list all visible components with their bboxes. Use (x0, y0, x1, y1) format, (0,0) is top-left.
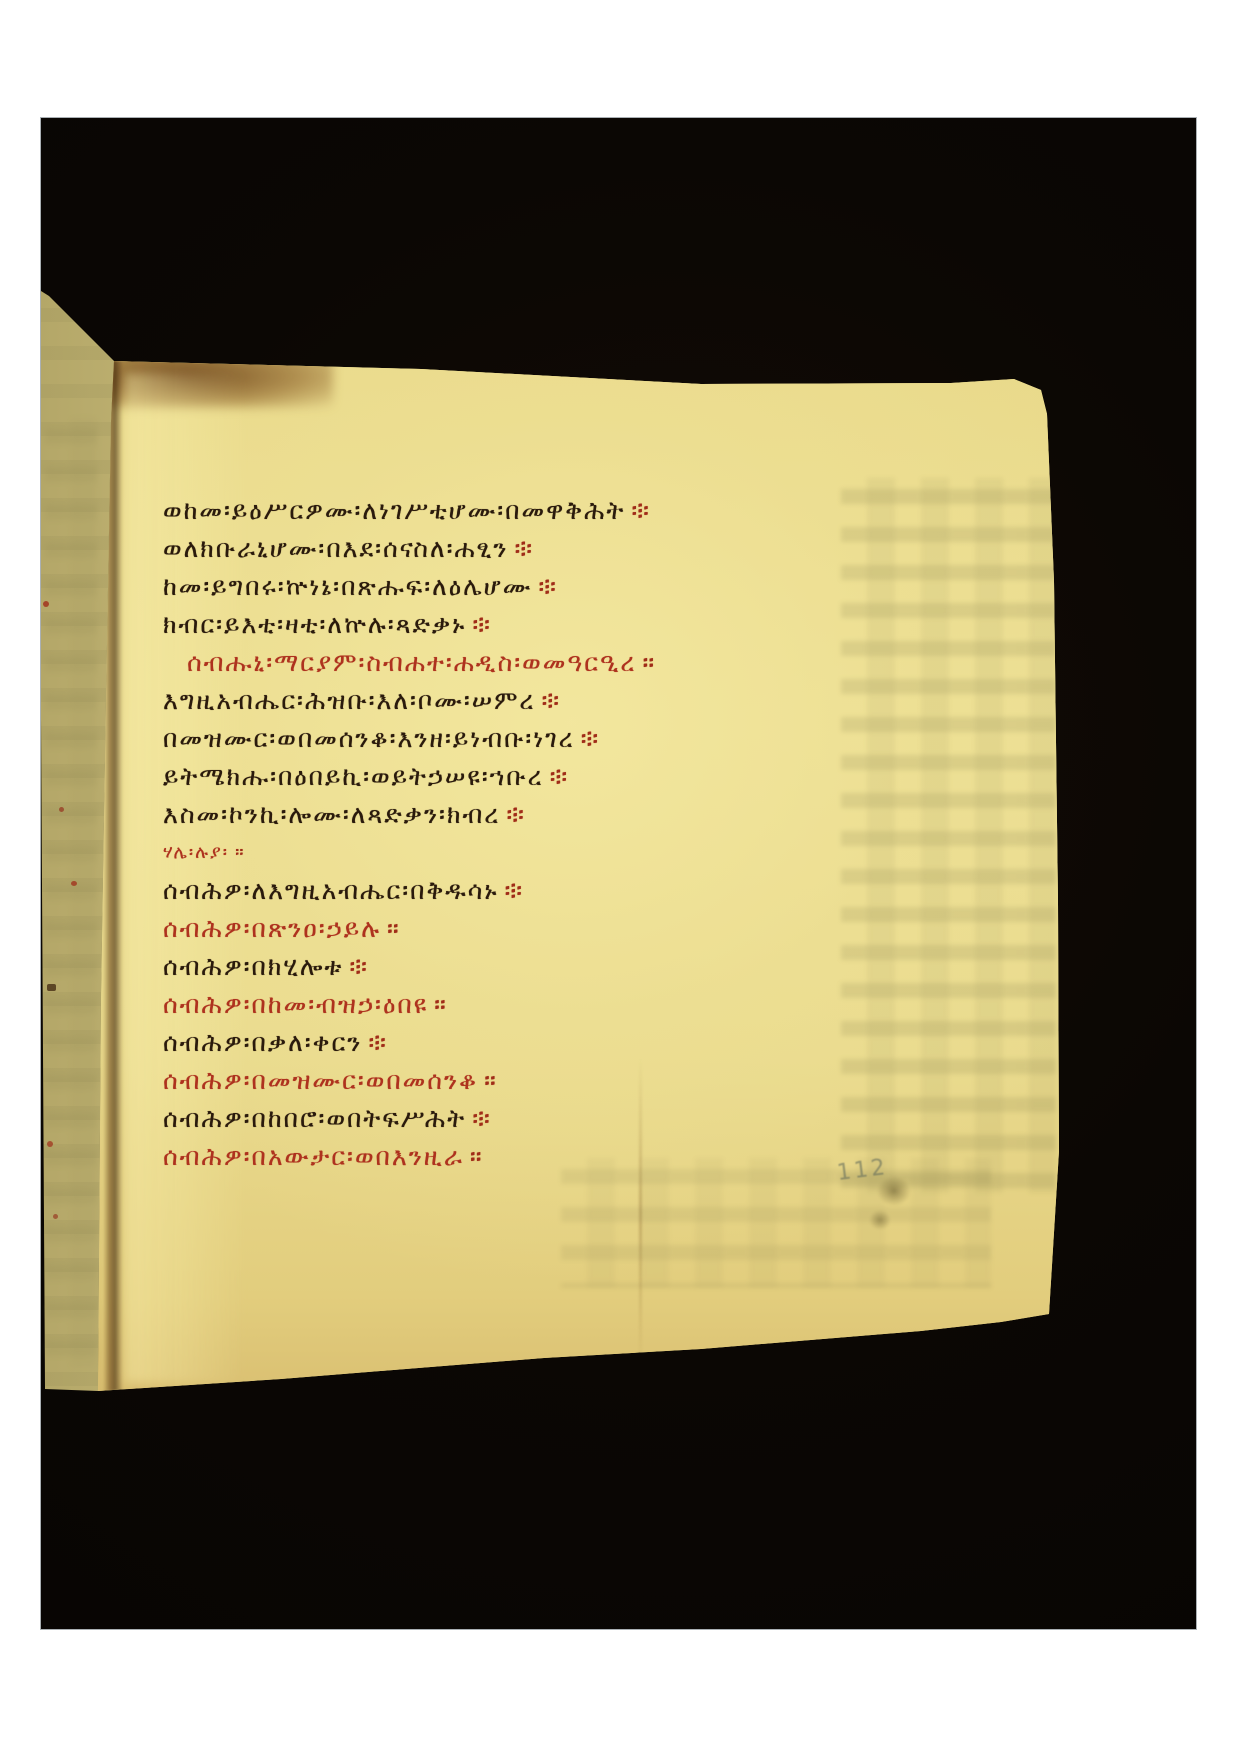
paragraph-mark: ። (478, 1066, 498, 1095)
text-block: ወከመ፡ይዕሥርዎሙ፡ለነገሥቲሆሙ፡በመዋቅሕት፨ወለክቡራኒሆሙ፡በእደ፡ሰ… (163, 492, 656, 1176)
text-line: ሰብሕዎ፡በአውታር፡ወበእንዚራ። (163, 1138, 656, 1176)
ink-speck (53, 1214, 58, 1219)
text-line: ከመ፡ይግበሩ፡ኵነኔ፡በጽሑፍ፡ለዕሌሆሙ፨ (163, 568, 656, 606)
line-text: ሰብሕዎ፡በጽንዐ፡ኃይሉ (163, 914, 381, 943)
text-line: ወለክቡራኒሆሙ፡በእደ፡ሰናስለ፡ሐፂን፨ (163, 530, 656, 568)
line-text: ሰብሕዎ፡በክሂሎቱ (163, 952, 343, 981)
paragraph-mark: ፨ (544, 762, 570, 791)
manuscript-photo: ወከመ፡ይዕሥርዎሙ፡ለነገሥቲሆሙ፡በመዋቅሕት፨ወለክቡራኒሆሙ፡በእደ፡ሰ… (40, 117, 1197, 1630)
line-text: ሰብሑኒ፡ማርያም፡ስብሐተ፡ሐዲስ፡ወመዓርዒረ (187, 648, 636, 677)
line-text: ወለክቡራኒሆሙ፡በእደ፡ሰናስለ፡ሐፂን (163, 534, 509, 563)
ink-stain (877, 1176, 911, 1206)
paragraph-mark: ፨ (535, 686, 561, 715)
paragraph-mark: ። (636, 648, 656, 677)
screenshot-root: { "meta": { "description": "Photograph o… (0, 0, 1238, 1753)
paragraph-mark: ፨ (466, 610, 492, 639)
paragraph-mark: ፨ (343, 952, 369, 981)
ink-speck (43, 601, 49, 607)
text-line: ሰብሕዎ፡በክሂሎቱ፨ (163, 948, 656, 986)
text-line: ሰብሑኒ፡ማርያም፡ስብሐተ፡ሐዲስ፡ወመዓርዒረ። (163, 644, 656, 682)
text-line: ሰብሕዎ፡ለእግዚአብሔር፡በቅዱሳኑ፨ (163, 872, 656, 910)
text-line: ሰብሕዎ፡በመዝሙር፡ወበመሰንቆ። (163, 1062, 656, 1100)
text-line: ወከመ፡ይዕሥርዎሙ፡ለነገሥቲሆሙ፡በመዋቅሕት፨ (163, 492, 656, 530)
line-text: ሃሌ፡ሉያ፡ (163, 842, 229, 863)
line-text: እግዚአብሔር፡ሕዝቡ፡እለ፡ቦሙ፡ሠምረ (163, 686, 535, 715)
paragraph-mark: ፨ (362, 1028, 388, 1057)
line-text: ከመ፡ይግበሩ፡ኵነኔ፡በጽሑፍ፡ለዕሌሆሙ (163, 572, 532, 601)
line-text: ሰብሕዎ፡በከመ፡ብዝኃ፡ዕበዩ (163, 990, 428, 1019)
line-text: ይትሜክሑ፡በዕበይኪ፡ወይትኃሠዩ፡ኀቡረ (163, 762, 544, 791)
line-text: ሰብሕዎ፡ለእግዚአብሔር፡በቅዱሳኑ (163, 876, 498, 905)
text-line: እግዚአብሔር፡ሕዝቡ፡እለ፡ቦሙ፡ሠምረ፨ (163, 682, 656, 720)
paragraph-mark: ፨ (509, 534, 535, 563)
paragraph-mark: ፨ (500, 800, 526, 829)
manuscript-page: ወከመ፡ይዕሥርዎሙ፡ለነገሥቲሆሙ፡በመዋቅሕት፨ወለክቡራኒሆሙ፡በእደ፡ሰ… (41, 118, 1196, 1629)
text-line: እስመ፡ኮንኪ፡ሎሙ፡ለጻድቃን፡ክብረ፨ (163, 796, 656, 834)
ink-speck (59, 807, 64, 812)
ink-speck (47, 1141, 53, 1147)
line-text: ሰብሕዎ፡በቃለ፡ቀርን (163, 1028, 362, 1057)
line-text: እስመ፡ኮንኪ፡ሎሙ፡ለጻድቃን፡ክብረ (163, 800, 500, 829)
text-line: ሰብሕዎ፡በቃለ፡ቀርን፨ (163, 1024, 656, 1062)
bleed-through-bottom (561, 1158, 991, 1288)
paragraph-mark: ፨ (625, 496, 651, 525)
paragraph-mark: ፨ (466, 1104, 492, 1133)
ink-speck (47, 984, 56, 991)
text-line: ሰብሕዎ፡በጽንዐ፡ኃይሉ። (163, 910, 656, 948)
paragraph-mark: ፨ (532, 572, 558, 601)
line-text: ሰብሕዎ፡በመዝሙር፡ወበመሰንቆ (163, 1066, 478, 1095)
text-line: ሰብሕዎ፡በከበሮ፡ወበትፍሥሕት፨ (163, 1100, 656, 1138)
line-text: በመዝሙር፡ወበመሰንቆ፡እንዘ፡ይነብቡ፡ነገረ (163, 724, 575, 753)
paragraph-mark: ። (381, 914, 401, 943)
text-line: ክብር፡ይእቲ፡ዛቲ፡ለኵሉ፡ጻድቃኑ፨ (163, 606, 656, 644)
line-text: ሰብሕዎ፡በአውታር፡ወበእንዚራ (163, 1142, 464, 1171)
ink-stain (869, 1210, 891, 1230)
text-line: በመዝሙር፡ወበመሰንቆ፡እንዘ፡ይነብቡ፡ነገረ፨ (163, 720, 656, 758)
bleed-through-right (841, 478, 1056, 1193)
line-text: ሰብሕዎ፡በከበሮ፡ወበትፍሥሕት (163, 1104, 466, 1133)
paragraph-mark: ። (229, 842, 245, 863)
paragraph-mark: ፨ (498, 876, 524, 905)
text-line: ይትሜክሑ፡በዕበይኪ፡ወይትኃሠዩ፡ኀቡረ፨ (163, 758, 656, 796)
line-text: ወከመ፡ይዕሥርዎሙ፡ለነገሥቲሆሙ፡በመዋቅሕት (163, 496, 625, 525)
text-line: ሰብሕዎ፡በከመ፡ብዝኃ፡ዕበዩ። (163, 986, 656, 1024)
paragraph-mark: ። (464, 1142, 484, 1171)
paragraph-mark: ። (428, 990, 448, 1019)
ink-speck (71, 881, 77, 886)
line-text: ክብር፡ይእቲ፡ዛቲ፡ለኵሉ፡ጻድቃኑ (163, 610, 466, 639)
paragraph-mark: ፨ (575, 724, 601, 753)
text-line: ሃሌ፡ሉያ፡። (163, 834, 656, 872)
